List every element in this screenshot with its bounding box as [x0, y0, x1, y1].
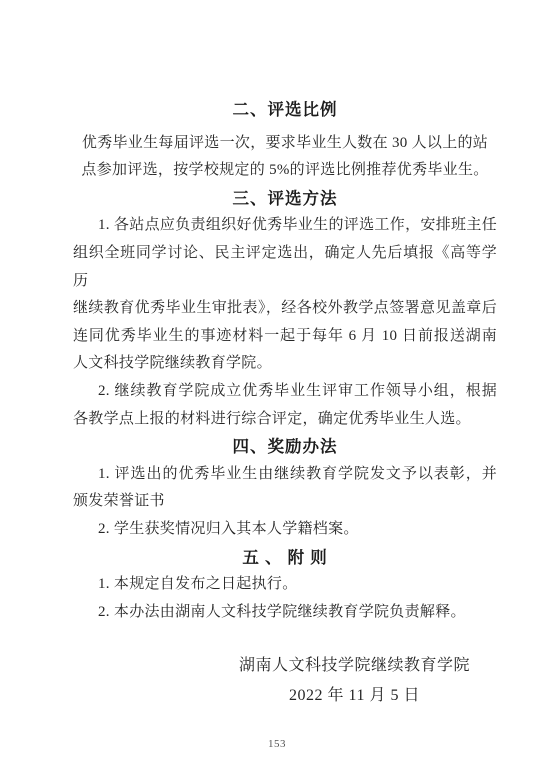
signature-org: 湖南人文科技学院继续教育学院	[239, 651, 470, 681]
section-heading-3: 三、评选方法	[73, 185, 497, 213]
text-line: 1. 本规定自发布之日起执行。	[73, 571, 497, 599]
text-line: 优秀毕业生每届评选一次，要求毕业生人数在 30 人以上的站	[73, 130, 497, 158]
document-page: 二、评选比例 优秀毕业生每届评选一次，要求毕业生人数在 30 人以上的站 点参加…	[0, 0, 554, 783]
text-line: 2. 继续教育学院成立优秀毕业生评审工作领导小组，根据	[73, 378, 497, 406]
text-line: 组织全班同学讨论、民主评定选出，确定人先后填报《高等学历	[73, 240, 497, 295]
text-line: 人文科技学院继续教育学院。	[73, 350, 497, 378]
paragraph: 1. 各站点应负责组织好优秀毕业生的评选工作，安排班主任 组织全班同学讨论、民主…	[73, 212, 497, 378]
document-body: 二、评选比例 优秀毕业生每届评选一次，要求毕业生人数在 30 人以上的站 点参加…	[73, 96, 497, 711]
paragraph: 1. 评选出的优秀毕业生由继续教育学院发文予以表彰，并 颁发荣誉证书	[73, 461, 497, 516]
signature-date: 2022 年 11 月 5 日	[239, 681, 470, 711]
paragraph: 2. 学生获奖情况归入其本人学籍档案。	[73, 516, 497, 544]
text-line: 点参加评选，按学校规定的 5%的评选比例推荐优秀毕业生。	[73, 157, 497, 185]
text-line: 1. 各站点应负责组织好优秀毕业生的评选工作，安排班主任	[73, 212, 497, 240]
text-line: 2. 学生获奖情况归入其本人学籍档案。	[73, 516, 497, 544]
text-line: 继续教育优秀毕业生审批表》，经各校外教学点签署意见盖章后	[73, 295, 497, 323]
section-heading-5: 五 、 附 则	[73, 544, 497, 572]
paragraph: 2. 本办法由湖南人文科技学院继续教育学院负责解释。	[73, 599, 497, 627]
text-line: 颁发荣誉证书	[73, 488, 497, 516]
text-line: 2. 本办法由湖南人文科技学院继续教育学院负责解释。	[73, 599, 497, 627]
paragraph: 优秀毕业生每届评选一次，要求毕业生人数在 30 人以上的站 点参加评选，按学校规…	[73, 130, 497, 185]
text-line: 连同优秀毕业生的事迹材料一起于每年 6 月 10 日前报送湖南	[73, 323, 497, 351]
section-heading-4: 四、奖励办法	[73, 433, 497, 461]
paragraph: 2. 继续教育学院成立优秀毕业生评审工作领导小组，根据 各教学点上报的材料进行综…	[73, 378, 497, 433]
section-heading-2: 二、评选比例	[73, 96, 497, 124]
text-line: 1. 评选出的优秀毕业生由继续教育学院发文予以表彰，并	[73, 461, 497, 489]
page-number: 153	[0, 738, 554, 750]
text-line: 各教学点上报的材料进行综合评定，确定优秀毕业生人选。	[73, 406, 497, 434]
signature-block: 湖南人文科技学院继续教育学院 2022 年 11 月 5 日	[73, 651, 497, 711]
paragraph: 1. 本规定自发布之日起执行。	[73, 571, 497, 599]
